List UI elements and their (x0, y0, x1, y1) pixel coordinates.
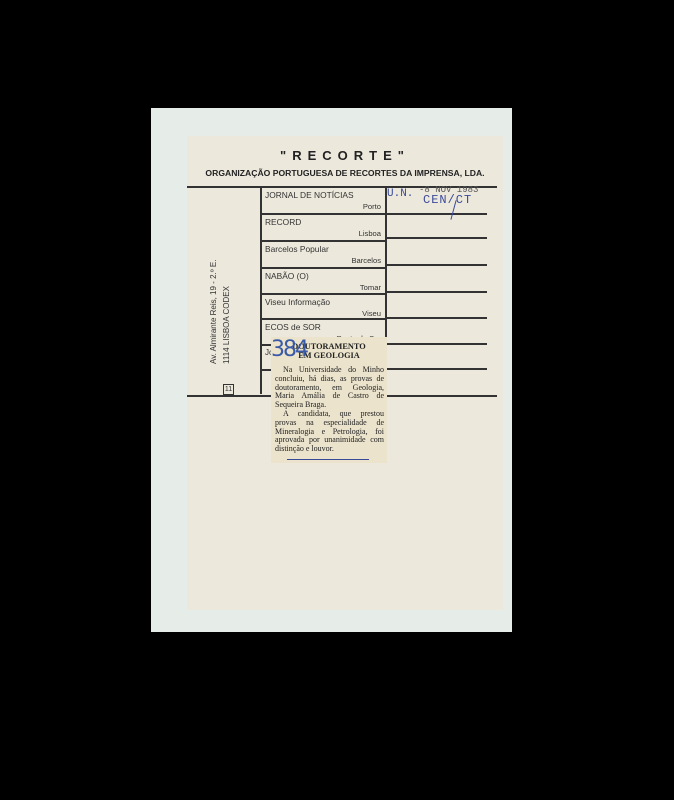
publication-name: RECORD (265, 217, 301, 227)
publication-city: Lisboa (359, 229, 381, 238)
right-column-rule (387, 317, 487, 319)
publication-city: Porto (363, 202, 381, 211)
publication-city: Tomar (360, 283, 381, 292)
right-column-rule (387, 213, 487, 215)
press-clipping-form: "RECORTE" ORGANIZAÇÃO PORTUGUESA DE RECO… (187, 136, 503, 610)
clipping-body: Na Universidade do Minho concluiu, há di… (271, 360, 387, 454)
agency-address: Av. Almirante Reis, 19 - 2.º E. 1114 LIS… (209, 260, 235, 364)
publication-row: Barcelos Popular Barcelos (261, 241, 385, 267)
publication-row: NABÃO (O) Tomar (261, 268, 385, 294)
right-column-rule (387, 368, 487, 370)
clipping-paragraph: Na Universidade do Minho concluiu, há di… (275, 366, 384, 410)
publication-name: NABÃO (O) (265, 271, 309, 281)
handwritten-number: 384 (271, 337, 307, 362)
index-box: 11 (223, 384, 234, 395)
right-column-rule (387, 343, 487, 345)
stamp-un: U.N. (387, 188, 413, 200)
publication-row: RECORD Lisboa (261, 214, 385, 240)
publication-city: Viseu (362, 309, 381, 318)
publication-name: Viseu Informação (265, 297, 330, 307)
clipping-paragraph: A candidata, que prestou provas na espec… (275, 410, 384, 454)
stamp-code: CEN/CT (423, 193, 472, 207)
pen-underline (287, 459, 369, 461)
address-line-2: 1114 LISBOA CODEX (222, 260, 235, 364)
publication-row: JORNAL DE NOTÍCIAS Porto (261, 187, 385, 213)
address-line-1: Av. Almirante Reis, 19 - 2.º E. (209, 260, 222, 364)
agency-title: "RECORTE" (187, 148, 503, 163)
publication-row: Viseu Informação Viseu (261, 294, 385, 320)
right-column-rule (387, 237, 487, 239)
publication-city: Barcelos (351, 256, 381, 265)
right-column-rule (387, 264, 487, 266)
right-column-line (385, 186, 387, 346)
publication-name: Barcelos Popular (265, 244, 329, 254)
right-column-rule (387, 291, 487, 293)
agency-subtitle: ORGANIZAÇÃO PORTUGUESA DE RECORTES DA IM… (187, 168, 503, 178)
publication-name: JORNAL DE NOTÍCIAS (265, 190, 354, 200)
publication-name: ECOS de SOR (265, 322, 321, 332)
